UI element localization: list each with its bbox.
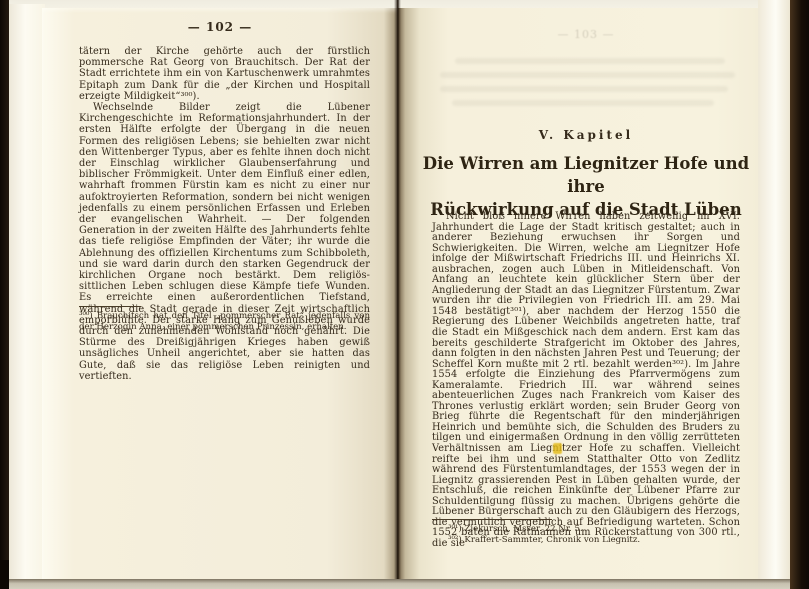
footnote-rule-right [432,519,552,520]
book-fore-edge-right [758,0,790,589]
footnote-rule-left [79,306,141,307]
chapter-label: V. Kapitel [432,128,740,142]
book-fore-edge-left [9,4,45,584]
footnotes-right: ³⁰¹) Ziekursch, Msser. 22 Nr. 5. ³⁰²) Kr… [448,524,748,545]
scan-corner-bottom-left [0,560,9,589]
bleedthrough-text-line [452,100,714,106]
bleedthrough-page-number: — 103 — [432,28,740,41]
right-paragraph-main: Nicht bloß innere Wirren haben zeitweili… [432,212,740,550]
chapter-title-line1: Die Wirren am Liegnitzer Hofe und ihre [410,152,762,198]
bleedthrough-text-line [440,72,735,78]
scan-edge-left [0,0,9,589]
left-paragraph-continuation: tätern der Kirche gehörte auch der fürst… [79,46,370,102]
book-scan: — 102 — tätern der Kirche gehörte auch d… [0,0,809,589]
scan-edge-bottom [9,579,790,589]
page-number-left: — 102 — [42,20,398,34]
left-paragraph-main: Wechselnde Bilder zeigt die Lübener Kirc… [79,102,370,382]
bleedthrough-text-line [455,58,725,64]
book-gutter-shadow [394,0,401,589]
bleedthrough-text-line [440,86,728,92]
right-page-text-block: Nicht bloß innere Wirren haben zeitweili… [432,212,740,550]
footnote-right-1: ³⁰¹) Ziekursch, Msser. 22 Nr. 5. [448,524,748,535]
scan-edge-right [790,0,809,589]
footnote-left: ³⁰⁰) Brauchitsch hat den Titel „pommersc… [79,311,370,332]
footnote-right-2: ³⁰²) Kraffert-Sammter, Chronik von Liegn… [448,535,748,546]
yellow-scan-mark [553,443,562,454]
